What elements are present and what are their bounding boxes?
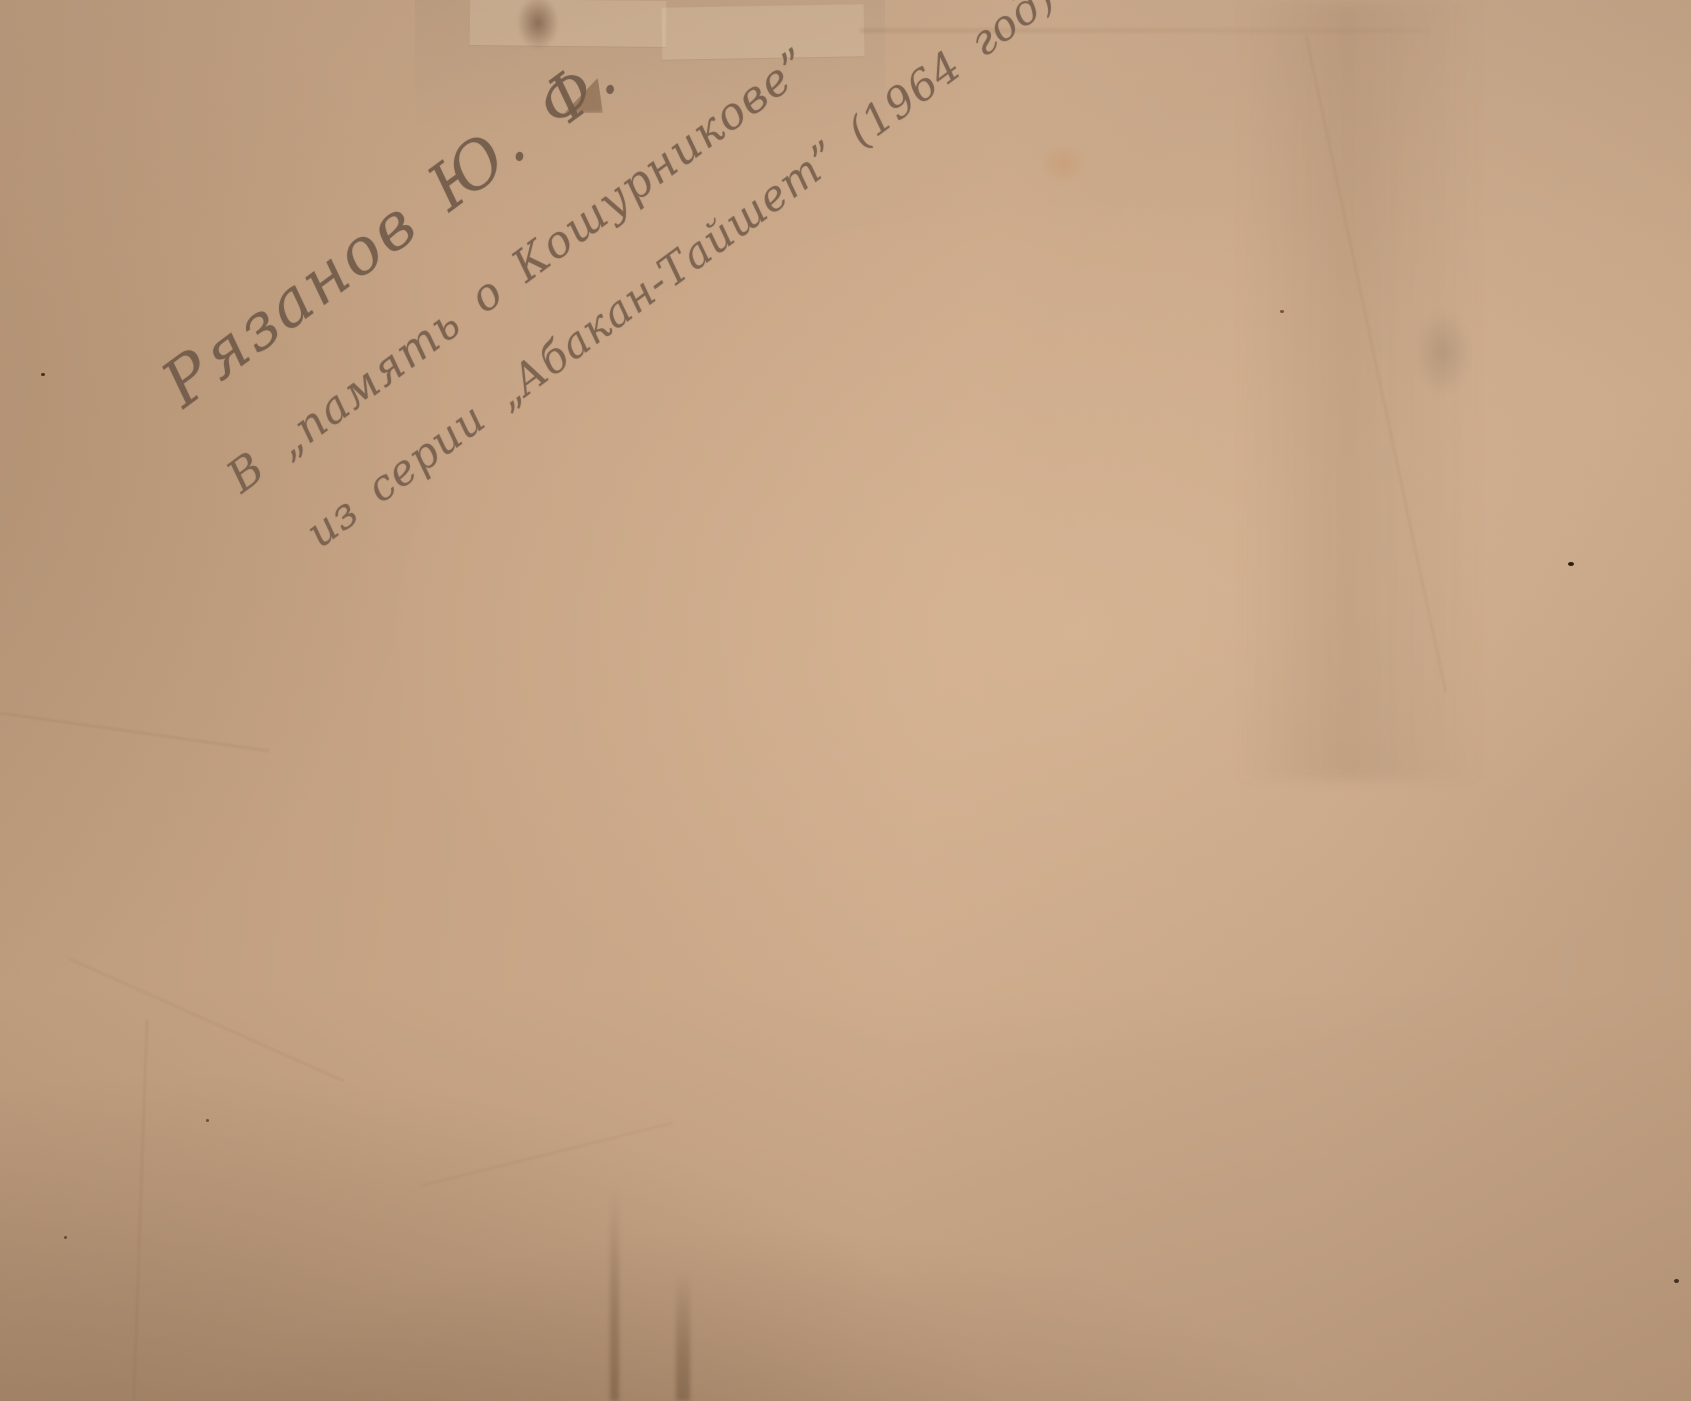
paper-speck (1280, 310, 1284, 313)
tape-strip-right (662, 4, 866, 61)
photo-scene: Рязанов Ю. Ф. В „память о Кошурникове” и… (0, 0, 1691, 1401)
tape-strip-left (470, 0, 667, 48)
paper-speck (64, 1236, 67, 1239)
orange-stain (1032, 138, 1094, 190)
paper-speck (1568, 562, 1574, 566)
paper-speck (1674, 1279, 1679, 1283)
bottom-dark-streak-1 (610, 1190, 619, 1401)
bottom-dark-streak-2 (676, 1272, 690, 1401)
paper-speck (206, 1119, 209, 1122)
gray-smudge (1405, 295, 1480, 410)
tape-residue-smudge (510, 0, 566, 66)
tape-edge-line (860, 28, 1430, 33)
paper-speck (41, 373, 45, 376)
